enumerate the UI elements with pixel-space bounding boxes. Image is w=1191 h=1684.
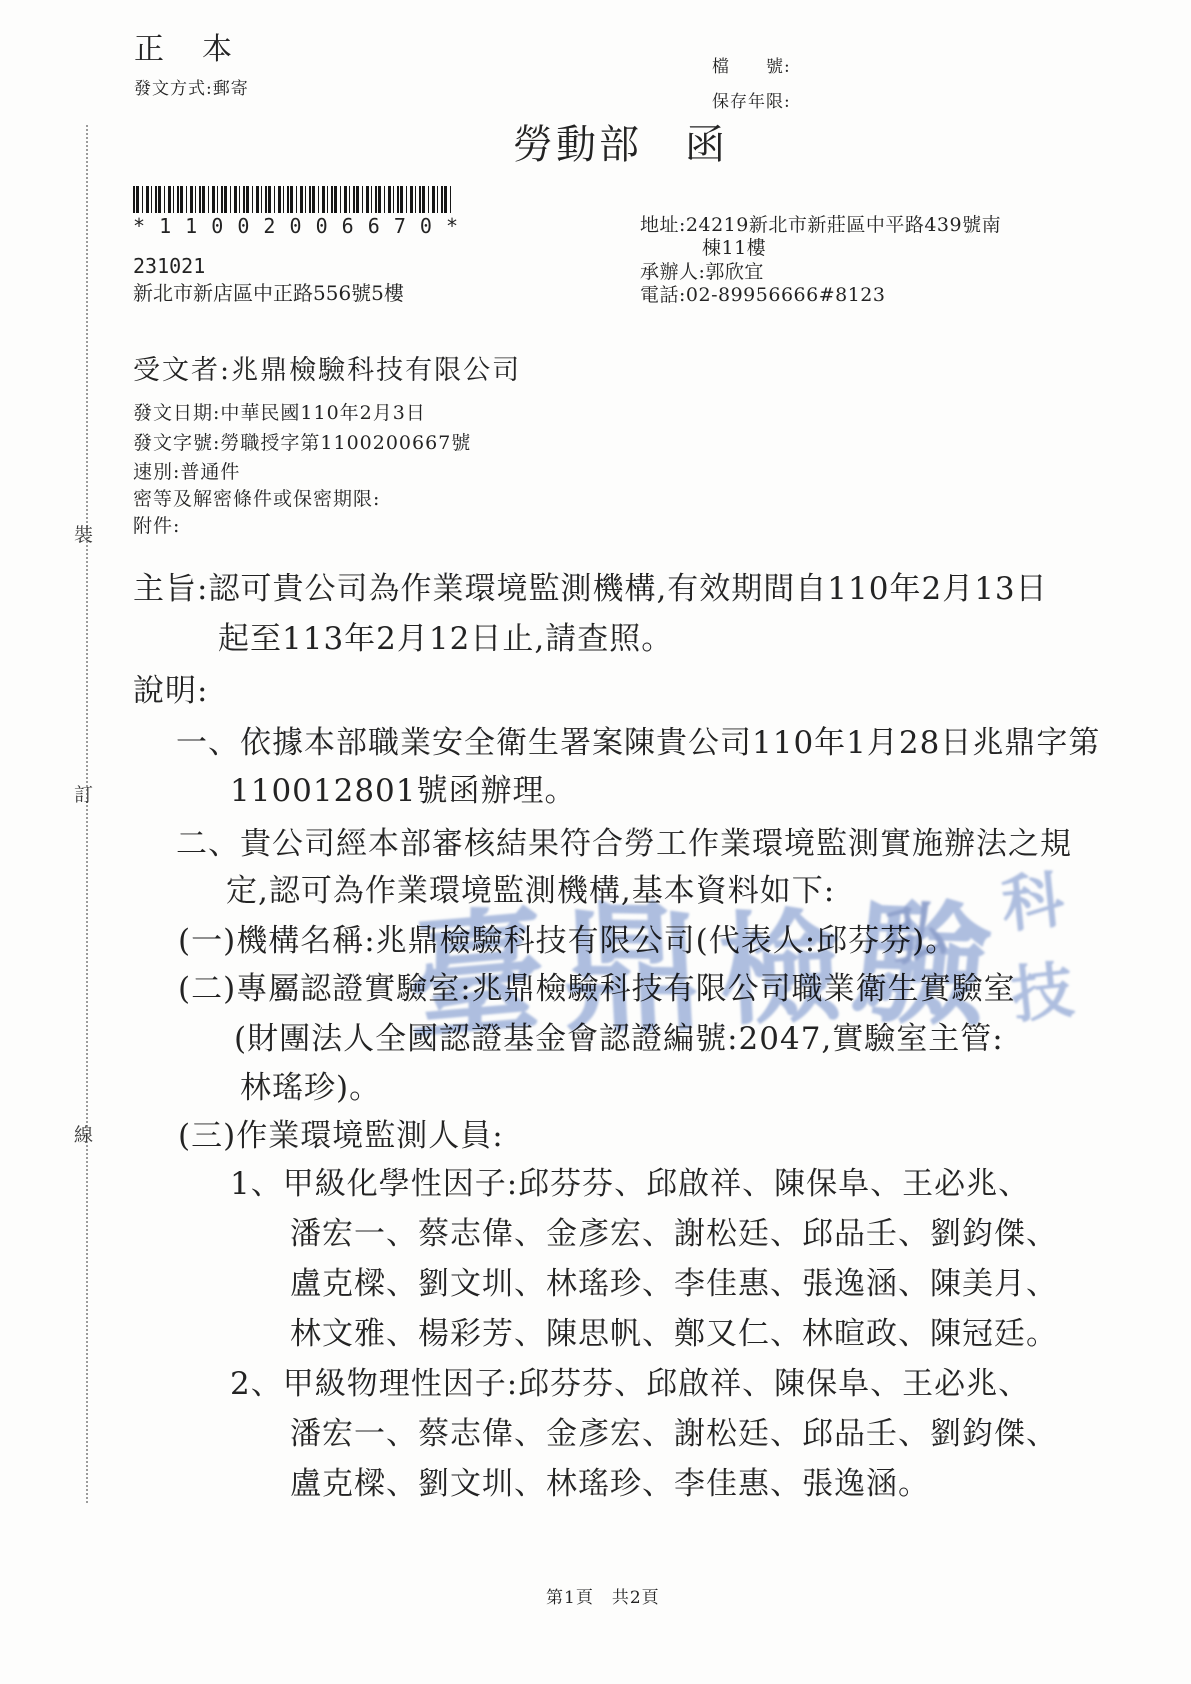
binding-dotted-line xyxy=(86,125,88,1503)
explanation-line-2: 110012801號函辦理。 xyxy=(230,765,577,810)
explanation-line-7: (財團法人全國認證基金會認證編號:2047,實驗室主管: xyxy=(234,1013,1004,1058)
agency-address-line2: 棟11樓 xyxy=(702,233,766,260)
retention-label: 保存年限: xyxy=(712,87,791,112)
explanation-line-10: 1、甲級化學性因子:邱芬芬、邱啟祥、陳保阜、王必兆、 xyxy=(230,1158,1030,1203)
explanation-line-4: 定,認可為作業環境監測機構,基本資料如下: xyxy=(226,865,835,910)
explanation-line-1: 一、依據本部職業安全衛生署案陳貴公司110年1月28日兆鼎字第 xyxy=(176,717,1100,762)
security-level: 密等及解密條件或保密期限: xyxy=(133,484,380,511)
explanation-line-12: 盧克樑、劉文圳、林瑤珍、李佳惠、張逸涵、陳美月、 xyxy=(290,1258,1058,1303)
recipient-zip-code: 231021 xyxy=(133,254,205,278)
barcode-number: * 1 1 0 0 2 0 0 6 6 7 0 * xyxy=(133,214,459,238)
page-number: 第1頁 共2頁 xyxy=(546,1583,660,1608)
binding-mark-ding: 訂 xyxy=(74,780,93,807)
agency-phone: 電話:02-89956666#8123 xyxy=(640,280,885,307)
explanation-line-8: 林瑤珍)。 xyxy=(240,1062,381,1107)
explanation-line-13: 林文雅、楊彩芳、陳思帆、鄭又仁、林暄政、陳冠廷。 xyxy=(290,1308,1058,1353)
file-number-label: 檔 號: xyxy=(712,52,791,77)
explanation-line-9: (三)作業環境監測人員: xyxy=(178,1110,504,1155)
subject-line-2: 起至113年2月12日止,請查照。 xyxy=(218,613,673,658)
explanation-line-11: 潘宏一、蔡志偉、金彥宏、謝松廷、邱品壬、劉鈞傑、 xyxy=(290,1208,1058,1253)
copy-type-label: 正 本 xyxy=(134,24,236,68)
document-page: 裝 訂 線 正 本 發文方式:郵寄 檔 號: 保存年限: 勞動部 函 * 1 1… xyxy=(0,0,1191,1684)
binding-mark-zhuang: 裝 xyxy=(74,520,93,547)
explanation-label: 說明: xyxy=(133,665,208,710)
doc-number: 發文字號:勞職授字第1100200667號 xyxy=(133,428,471,455)
delivery-method: 發文方式:郵寄 xyxy=(134,74,249,99)
recipient-address: 新北市新店區中正路556號5樓 xyxy=(133,277,404,306)
binding-mark-xian: 線 xyxy=(74,1120,93,1147)
agency-address-line1: 地址:24219新北市新莊區中平路439號南 xyxy=(640,210,1001,237)
attachment-label: 附件: xyxy=(133,511,180,538)
explanation-line-14: 2、甲級物理性因子:邱芬芬、邱啟祥、陳保阜、王必兆、 xyxy=(230,1358,1030,1403)
subject-line-1: 主旨:認可貴公司為作業環境監測機構,有效期間自110年2月13日 xyxy=(133,563,1048,608)
stamp-glyph: 科 xyxy=(997,850,1068,945)
stamp-glyph: 技 xyxy=(1006,940,1077,1035)
issue-date: 發文日期:中華民國110年2月3日 xyxy=(133,398,426,425)
recipient-line: 受文者:兆鼎檢驗科技有限公司 xyxy=(133,348,521,387)
barcode xyxy=(133,186,453,213)
document-title: 勞動部 函 xyxy=(513,113,728,170)
explanation-line-6: (二)專屬認證實驗室:兆鼎檢驗科技有限公司職業衛生實驗室 xyxy=(178,963,1016,1008)
explanation-line-16: 盧克樑、劉文圳、林瑤珍、李佳惠、張逸涵。 xyxy=(290,1458,930,1503)
explanation-line-15: 潘宏一、蔡志偉、金彥宏、謝松廷、邱品壬、劉鈞傑、 xyxy=(290,1408,1058,1453)
explanation-line-5: (一)機構名稱:兆鼎檢驗科技有限公司(代表人:邱芬芬)。 xyxy=(178,915,957,960)
speed-level: 速別:普通件 xyxy=(133,457,240,484)
explanation-line-3: 二、貴公司經本部審核結果符合勞工作業環境監測實施辦法之規 xyxy=(176,818,1072,863)
